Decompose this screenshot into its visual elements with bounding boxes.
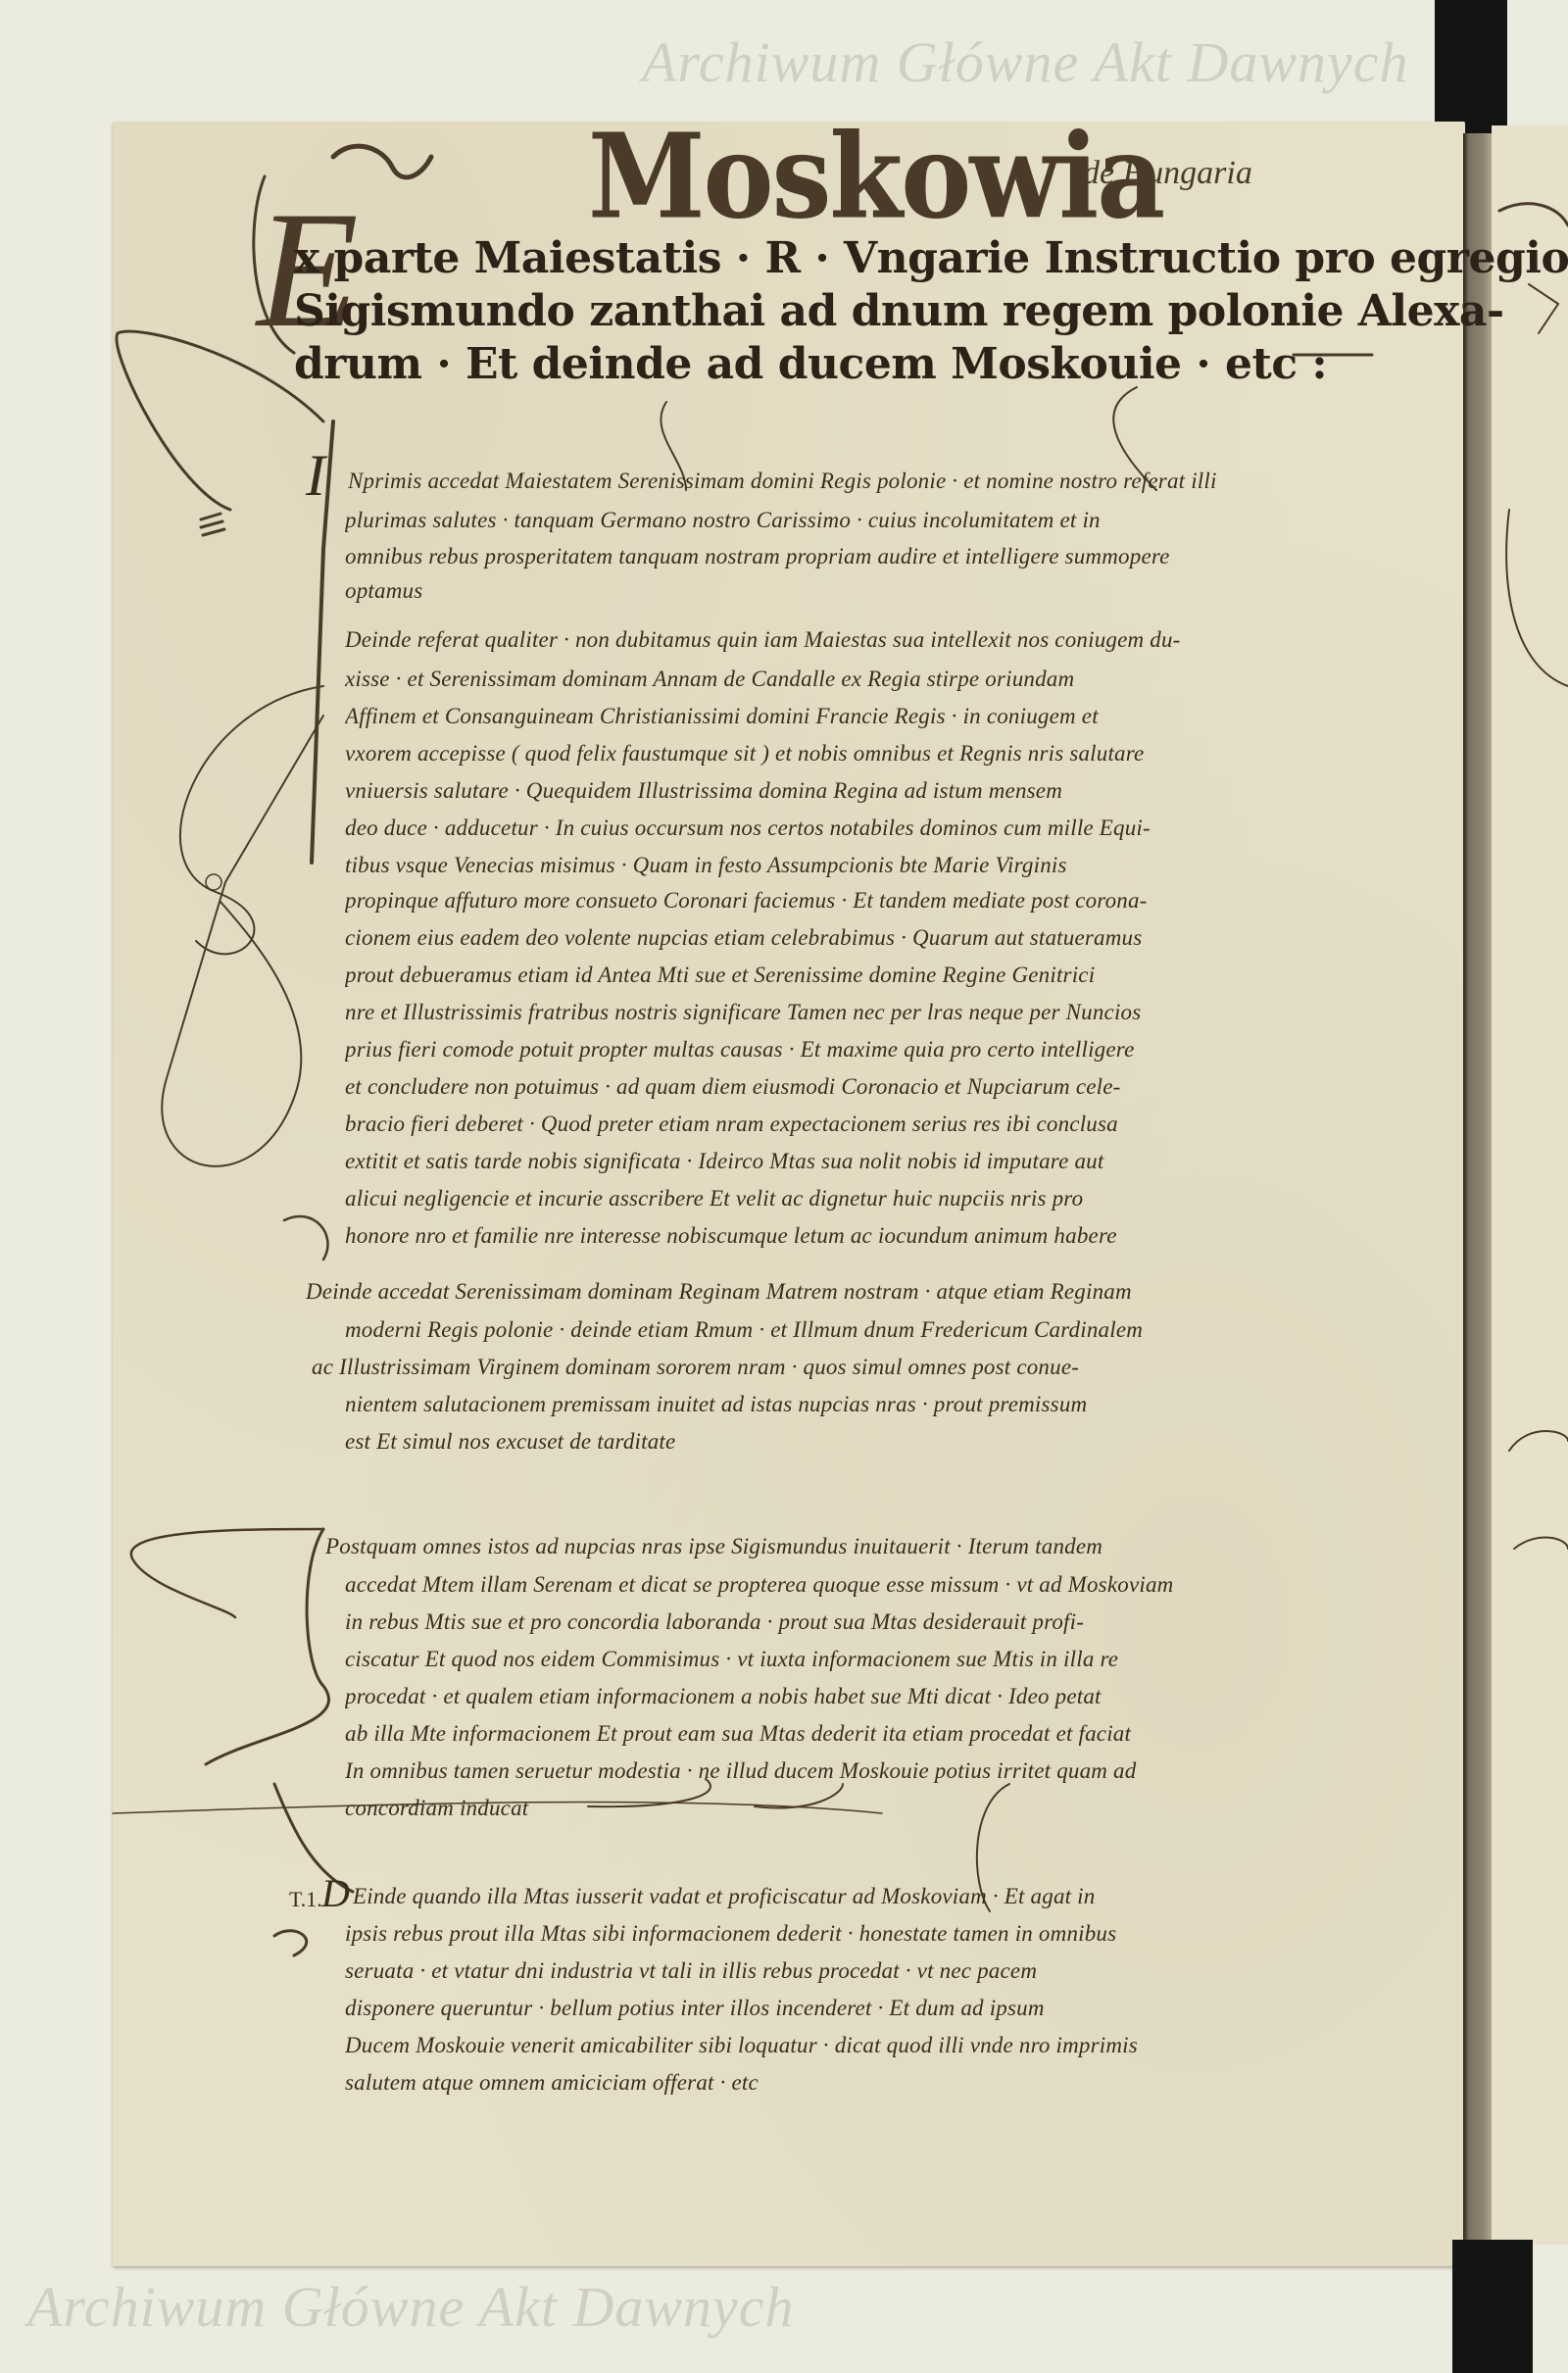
text-line: ab illa Mte informacionem Et prout eam s…	[345, 1721, 1423, 1747]
text-line: prout debueramus etiam id Antea Mti sue …	[345, 963, 1423, 988]
text-line: ipsis rebus prout illa Mtas sibi informa…	[345, 1921, 1423, 1947]
text-line: et concludere non potuimus · ad quam die…	[345, 1074, 1423, 1100]
text-line: deo duce · adducetur · In cuius occursum…	[345, 816, 1423, 841]
text-line: disponere queruntur · bellum potius inte…	[345, 1996, 1423, 2021]
heading-line: drum · Et deinde ad ducem Moskouie · etc…	[294, 339, 1327, 389]
text-line: alicui negligencie et incurie asscribere…	[345, 1186, 1423, 1211]
text-line: propinque affuturo more consueto Coronar…	[345, 888, 1423, 914]
text-line: ciscatur Et quod nos eidem Commisimus · …	[345, 1647, 1423, 1672]
text-line: accedat Mtem illam Serenam et dicat se p…	[345, 1572, 1423, 1598]
text-line: Affinem et Consanguineam Christianissimi…	[345, 704, 1423, 729]
text-line: vniuersis salutare · Quequidem Illustris…	[345, 778, 1423, 804]
text-line: seruata · et vtatur dni industria vt tal…	[345, 1958, 1423, 1984]
book-gutter	[1463, 133, 1493, 2256]
text-line: est Et simul nos excuset de tarditate	[345, 1429, 1423, 1455]
text-line: Ducem Moskouie venerit amicabiliter sibi…	[345, 2033, 1423, 2058]
text-line: extitit et satis tarde nobis significata…	[345, 1149, 1423, 1174]
text-line: plurimas salutes · tanquam Germano nostr…	[345, 508, 1423, 533]
text-line: in rebus Mtis sue et pro concordia labor…	[345, 1609, 1423, 1635]
text-line: bracio fieri deberet · Quod preter etiam…	[345, 1112, 1423, 1137]
heading-line: x parte Maiestatis · R · Vngarie Instruc…	[294, 233, 1568, 283]
archive-watermark-top: Archiwum Główne Akt Dawnych	[642, 29, 1409, 95]
text-line: procedat · et qualem etiam informacionem…	[345, 1684, 1423, 1709]
text-line: Nprimis accedat Maiestatem Serenissimam …	[348, 469, 1426, 494]
text-line: tibus vsque Venecias misimus · Quam in f…	[345, 853, 1423, 878]
text-line: concordiam inducat	[345, 1796, 1423, 1821]
manuscript-title: Moskowia	[588, 110, 1163, 246]
text-line: cionem eius eadem deo volente nupcias et…	[345, 925, 1423, 951]
text-line: ac Illustrissimam Virginem dominam soror…	[312, 1355, 1390, 1380]
text-line: vxorem accepisse ( quod felix faustumque…	[345, 741, 1423, 766]
text-line: Einde quando illa Mtas iusserit vadat et…	[353, 1884, 1431, 1909]
manuscript-page-right-edge	[1492, 125, 1568, 2245]
text-line: optamus	[345, 578, 1423, 604]
archive-watermark-bottom: Archiwum Główne Akt Dawnych	[27, 2274, 795, 2340]
text-line: omnibus rebus prosperitatem tanquam nost…	[345, 544, 1423, 569]
paragraph-initial: D	[321, 1874, 350, 1913]
text-line: prius fieri comode potuit propter multas…	[345, 1037, 1423, 1063]
text-line: honore nro et familie nre interesse nobi…	[345, 1223, 1423, 1249]
paragraph-initial: I	[306, 446, 325, 505]
manuscript-title-note: de Hungaria	[1083, 155, 1252, 192]
text-line: Deinde accedat Serenissimam dominam Regi…	[306, 1279, 1384, 1305]
text-line: In omnibus tamen seruetur modestia · ne …	[345, 1758, 1423, 1784]
text-line: Postquam omnes istos ad nupcias nras ips…	[325, 1534, 1403, 1559]
binding-strap-top	[1435, 0, 1507, 137]
margin-mark: T.1.	[289, 1887, 322, 1912]
binding-strap-bottom	[1452, 2240, 1533, 2373]
text-line: nre et Illustrissimis fratribus nostris …	[345, 1000, 1423, 1025]
text-line: nientem salutacionem premissam inuitet a…	[345, 1392, 1423, 1417]
text-line: xisse · et Serenissimam dominam Annam de…	[345, 667, 1423, 692]
text-line: Deinde referat qualiter · non dubitamus …	[345, 627, 1423, 653]
text-line: moderni Regis polonie · deinde etiam Rmu…	[345, 1317, 1423, 1343]
heading-line: Sigismundo zanthai ad dnum regem polonie…	[294, 286, 1504, 336]
text-line: salutem atque omnem amiciciam offerat · …	[345, 2070, 1423, 2096]
